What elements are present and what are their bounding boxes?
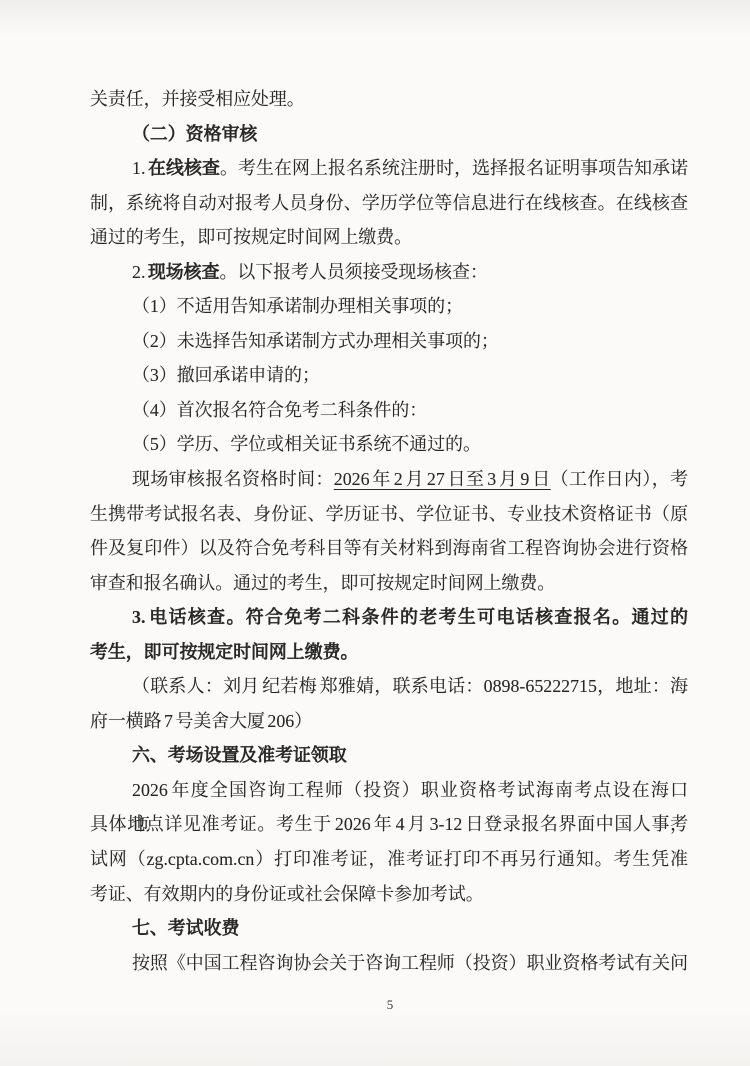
text-segment: 。以下报考人员须接受现场核查： — [219, 262, 487, 282]
bold-text-segment: 在线核查 — [148, 158, 220, 178]
text-segment: 1. — [132, 158, 148, 178]
bold-text-segment: （二）资格审核 — [132, 124, 257, 144]
text-line: 考证、有效期内的身份证或社会保障卡参加考试。 — [90, 877, 688, 912]
bold-text-segment: 3. 电话核查。符合免考二科条件的老考生可电话核查报名。通过的 — [132, 607, 688, 627]
text-line: 七、考试收费 — [90, 911, 688, 946]
document-page: 关责任，并接受相应处理。（二）资格审核1. 在线核查。考生在网上报名系统注册时，… — [0, 0, 750, 1066]
text-segment: （工作日内），考 — [551, 469, 688, 489]
text-segment: （1）不适用告知承诺制办理相关事项的； — [132, 296, 463, 316]
text-line: 2. 现场核查。以下报考人员须接受现场核查： — [90, 255, 688, 290]
text-segment: 具体地点详见准考证。考生于 2026 年 4 月 3-12 日登录报名界面中国人… — [90, 814, 688, 834]
text-segment: （2）未选择告知承诺制方式办理相关事项的； — [132, 331, 499, 351]
text-line: 制，系统将自动对报考人员身份、学历学位等信息进行在线核查。在线核查 — [90, 186, 688, 221]
text-line: 生携带考试报名表、身份证、学历证书、学位证书、专业技术资格证书（原 — [90, 497, 688, 532]
text-segment: （4）首次报名符合免考二科条件的： — [132, 400, 427, 420]
text-line: 1. 在线核查。考生在网上报名系统注册时，选择报名证明事项告知承诺 — [90, 151, 688, 186]
text-line: 件及复印件）以及符合免考科目等有关材料到海南省工程咨询协会进行资格 — [90, 531, 688, 566]
text-line: （二）资格审核 — [90, 117, 688, 152]
text-line: （5）学历、学位或相关证书系统不通过的。 — [90, 427, 688, 462]
text-line: 现场审核报名资格时间：2026 年 2 月 27 日至 3 月 9 日（工作日内… — [90, 462, 688, 497]
text-line: 关责任，并接受相应处理。 — [90, 82, 688, 117]
text-segment: 现场审核报名资格时间： — [132, 469, 334, 489]
text-line: 考生，即可按规定时间网上缴费。 — [90, 635, 688, 670]
text-segment: 审查和报名确认。通过的考生，即可按规定时间网上缴费。 — [90, 573, 555, 593]
bold-text-segment: 考生，即可按规定时间网上缴费。 — [90, 642, 358, 662]
underlined-date: 2026 年 2 月 27 日至 3 月 9 日 — [334, 469, 551, 489]
text-segment: 制，系统将自动对报考人员身份、学历学位等信息进行在线核查。在线核查 — [90, 193, 688, 213]
document-content: 关责任，并接受相应处理。（二）资格审核1. 在线核查。考生在网上报名系统注册时，… — [90, 82, 688, 980]
scan-shading-bottom — [0, 1006, 750, 1066]
text-segment: （5）学历、学位或相关证书系统不通过的。 — [132, 434, 481, 454]
text-segment: （联系人：刘月 纪若梅 郑雅婧，联系电话：0898-65222715，地址：海 — [132, 676, 688, 696]
text-line: 六、考场设置及准考证领取 — [90, 738, 688, 773]
text-segment: 关责任，并接受相应处理。 — [90, 89, 305, 109]
text-line: （3）撤回承诺申请的； — [90, 358, 688, 393]
text-segment: 考证、有效期内的身份证或社会保障卡参加考试。 — [90, 884, 484, 904]
bold-text-segment: 现场核查 — [148, 262, 220, 282]
text-segment: 通过的考生，即可按规定时间网上缴费。 — [90, 227, 412, 247]
text-line: （2）未选择告知承诺制方式办理相关事项的； — [90, 324, 688, 359]
scan-shading-top — [0, 0, 750, 36]
page-number: 5 — [0, 997, 750, 1013]
text-line: 府一横路 7 号美舍大厦 206） — [90, 704, 688, 739]
text-segment: 。考生在网上报名系统注册时，选择报名证明事项告知承诺 — [220, 158, 688, 178]
text-line: （1）不适用告知承诺制办理相关事项的； — [90, 289, 688, 324]
text-line: 试网（zg.cpta.com.cn）打印准考证，准考证打印不再另行通知。考生凭准 — [90, 842, 688, 877]
text-segment: 2. — [132, 262, 148, 282]
text-segment: （3）撤回承诺申请的； — [132, 365, 320, 385]
text-line: 具体地点详见准考证。考生于 2026 年 4 月 3-12 日登录报名界面中国人… — [90, 807, 688, 842]
text-line: （联系人：刘月 纪若梅 郑雅婧，联系电话：0898-65222715，地址：海 — [90, 669, 688, 704]
text-line: 审查和报名确认。通过的考生，即可按规定时间网上缴费。 — [90, 566, 688, 601]
text-segment: 按照《中国工程咨询协会关于咨询工程师（投资）职业资格考试有关问 — [132, 953, 688, 973]
text-line: （4）首次报名符合免考二科条件的： — [90, 393, 688, 428]
bold-text-segment: 六、考场设置及准考证领取 — [132, 745, 347, 765]
text-segment: 件及复印件）以及符合免考科目等有关材料到海南省工程咨询协会进行资格 — [90, 538, 688, 558]
text-line: 3. 电话核查。符合免考二科条件的老考生可电话核查报名。通过的 — [90, 600, 688, 635]
text-line: 按照《中国工程咨询协会关于咨询工程师（投资）职业资格考试有关问 — [90, 946, 688, 981]
text-segment: 生携带考试报名表、身份证、学历证书、学位证书、专业技术资格证书（原 — [90, 504, 688, 524]
bold-text-segment: 七、考试收费 — [132, 918, 239, 938]
text-line: 通过的考生，即可按规定时间网上缴费。 — [90, 220, 688, 255]
text-segment: 府一横路 7 号美舍大厦 206） — [90, 711, 312, 731]
text-line: 2026 年度全国咨询工程师（投资）职业资格考试海南考点设在海口市， — [90, 773, 688, 808]
text-segment: 试网（zg.cpta.com.cn）打印准考证，准考证打印不再另行通知。考生凭准 — [90, 849, 688, 869]
